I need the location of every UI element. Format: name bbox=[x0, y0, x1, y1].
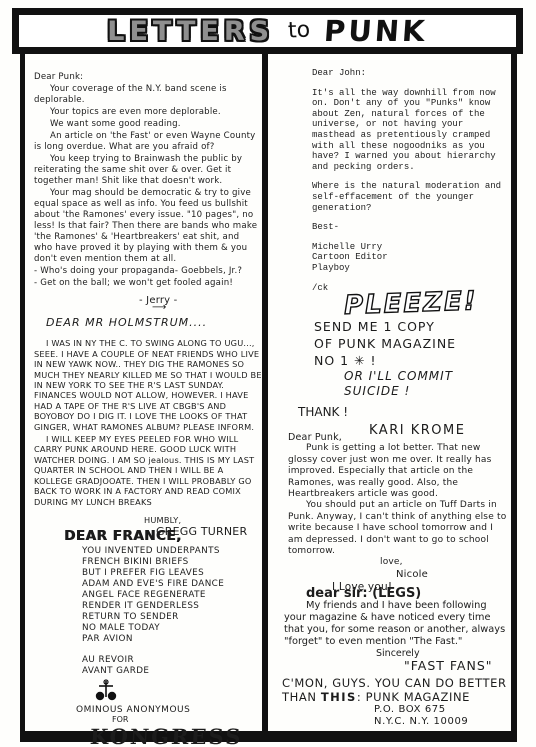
poem-line: BUT I PREFER FIG LEAVES bbox=[82, 568, 260, 579]
letter-paragraph: Where is the natural moderation and self… bbox=[312, 181, 502, 213]
letter-paragraph: You keep trying to Brainwash the public … bbox=[34, 154, 260, 187]
poem-line: NO MALE TODAY bbox=[82, 623, 260, 634]
signature-line: Cartoon Editor bbox=[312, 252, 502, 263]
signature-line: OMINOUS ANONYMOUS bbox=[76, 705, 260, 715]
signature-line: FOR bbox=[112, 715, 260, 724]
signature: Nicole bbox=[396, 569, 510, 580]
pleeze-headline: PLEEZE! bbox=[344, 285, 511, 321]
title-to: to bbox=[288, 19, 311, 42]
letter-paragraph: We want some good reading. bbox=[34, 119, 260, 130]
title-letters: LETTERS bbox=[107, 18, 274, 45]
page-title-banner: LETTERS to PUNK bbox=[12, 8, 523, 54]
letter-paragraph: You should put an article on Tuff Darts … bbox=[288, 500, 510, 557]
letter-dear-france: DEAR FRANCE, YOU INVENTED UNDERPANTS FRE… bbox=[34, 528, 260, 747]
letter-from-gregg-turner: DEAR MR HOLMSTRUM.... I WAS IN NY THE C.… bbox=[34, 318, 262, 538]
letter-paragraph: It's all the way downhill from now on. D… bbox=[312, 88, 502, 173]
salutation: DEAR MR HOLMSTRUM.... bbox=[34, 318, 262, 328]
closing-line: AVANT GARDE bbox=[82, 666, 260, 677]
salutation: dear sir: (LEGS) bbox=[284, 588, 510, 600]
letter-paragraph: - Who's doing your propaganda- Goebbels,… bbox=[34, 266, 260, 277]
closing: Best- bbox=[312, 222, 502, 233]
signature-line: Michelle Urry bbox=[312, 242, 502, 253]
editor-line: THAN THIS: PUNK MAGAZINE bbox=[282, 690, 512, 704]
letter-paragraph: - Get on the ball; we won't get fooled a… bbox=[34, 278, 260, 289]
letter-from-michelle-urry: Dear John: It's all the way downhill fro… bbox=[312, 68, 502, 302]
letter-paragraph: I WILL KEEP MY EYES PEELED FOR WHO WILL … bbox=[34, 434, 262, 507]
poem-line: RETURN TO SENDER bbox=[82, 612, 260, 623]
zine-page: LETTERS to PUNK Dear Punk: Your coverage… bbox=[0, 0, 536, 747]
poem-line: FRENCH BIKINI BRIEFS bbox=[82, 557, 260, 568]
title-punk: PUNK bbox=[323, 17, 429, 46]
editor-line-prefix: THAN bbox=[282, 690, 321, 704]
spacer bbox=[34, 645, 260, 655]
plea-line: OF PUNK MAGAZINE bbox=[314, 335, 510, 352]
letter-paragraph: An article on 'the Fast' or even Wayne C… bbox=[34, 131, 260, 153]
poem-line: ANGEL FACE REGENERATE bbox=[82, 590, 260, 601]
signature-block: Michelle Urry Cartoon Editor Playboy bbox=[312, 242, 502, 274]
letter-paragraph: Your coverage of the N.Y. band scene is … bbox=[34, 84, 260, 106]
letter-from-jerry: Dear Punk: Your coverage of the N.Y. ban… bbox=[34, 72, 260, 310]
po-box-line: P.O. BOX 675 bbox=[374, 704, 512, 716]
letter-paragraph: Your topics are even more deplorable. bbox=[34, 107, 260, 118]
plea-line: SEND ME 1 COPY bbox=[314, 318, 510, 335]
editor-line: C'MON, GUYS. YOU CAN DO BETTER bbox=[282, 676, 512, 690]
closing-line: AU REVOIR bbox=[82, 655, 260, 666]
letter-paragraph: Your mag should be democratic & try to g… bbox=[34, 188, 260, 265]
arrow-doodle-icon: ⟶ bbox=[152, 306, 260, 310]
closing: love, bbox=[380, 557, 510, 568]
salutation: DEAR FRANCE, bbox=[64, 528, 260, 544]
thanks-line: THANK ! bbox=[298, 405, 510, 419]
editor-reply-note: C'MON, GUYS. YOU CAN DO BETTER THAN THIS… bbox=[282, 676, 512, 728]
frame-right-border bbox=[511, 52, 517, 742]
letter-from-nicole: Dear Punk, Punk is getting a lot better.… bbox=[288, 432, 510, 594]
plea-line: NO 1 ✳ ! bbox=[314, 352, 510, 369]
letter-paragraph: Punk is getting a lot better. That new g… bbox=[288, 443, 510, 500]
salutation: Dear John: bbox=[312, 68, 502, 79]
editor-line-emphasis: THIS bbox=[321, 690, 357, 704]
letter-body: My friends and I have been following you… bbox=[284, 600, 510, 648]
signature-line: Playboy bbox=[312, 263, 502, 274]
city-line: N.Y.C. N.Y. 10009 bbox=[374, 716, 512, 728]
figure-doodle-icon bbox=[94, 679, 260, 705]
frame-left-border bbox=[20, 52, 25, 742]
plea-line: OR I'LL COMMIT bbox=[344, 369, 510, 384]
salutation: Dear Punk, bbox=[288, 432, 510, 443]
editor-line-suffix: : PUNK MAGAZINE bbox=[357, 690, 470, 704]
letter-from-kari-krome: PLEEZE! SEND ME 1 COPY OF PUNK MAGAZINE … bbox=[284, 288, 510, 438]
salutation: Dear Punk: bbox=[34, 72, 260, 83]
closing: HUMBLY, bbox=[144, 515, 262, 525]
poem-line: YOU INVENTED UNDERPANTS bbox=[82, 546, 260, 557]
letter-from-fast-fans: dear sir: (LEGS) My friends and I have b… bbox=[284, 588, 510, 672]
plea-line: SUICIDE ! bbox=[344, 384, 510, 399]
letter-paragraph: I WAS IN NY THE C. TO SWING ALONG TO UGU… bbox=[34, 338, 262, 432]
poem-line: RENDER IT GENDERLESS bbox=[82, 601, 260, 612]
poem-line: PAR AVION bbox=[82, 634, 260, 645]
signature-kongress: KONGRESS bbox=[89, 724, 260, 747]
poem-line: ADAM AND EVE'S FIRE DANCE bbox=[82, 579, 260, 590]
signature: "FAST FANS" bbox=[404, 660, 510, 672]
column-divider bbox=[262, 52, 268, 742]
